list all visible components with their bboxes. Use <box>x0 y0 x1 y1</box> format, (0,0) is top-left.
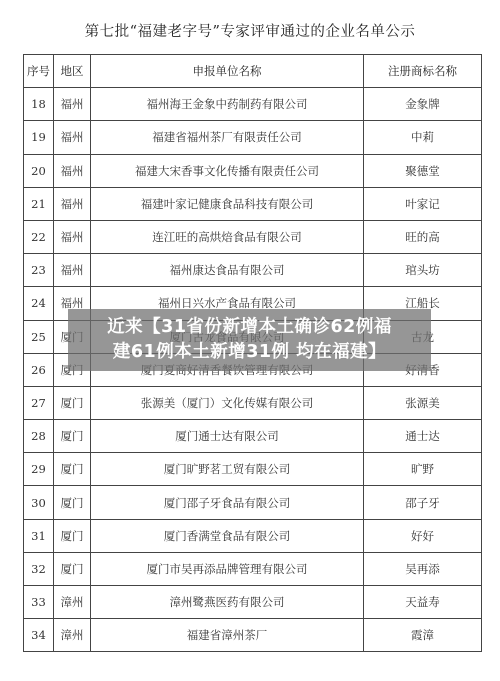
table-row: 29厦门厦门旷野茗工贸有限公司旷野 <box>24 453 482 486</box>
header-brand: 注册商标名称 <box>364 55 482 88</box>
row-brand: 吴再添 <box>364 552 482 585</box>
row-no: 21 <box>24 187 54 220</box>
header-no: 序号 <box>24 55 54 88</box>
row-company: 连江旺的高烘焙食品有限公司 <box>91 220 364 253</box>
row-company: 厦门旷野茗工贸有限公司 <box>91 453 364 486</box>
row-brand: 琯头坊 <box>364 254 482 287</box>
document-title: 第七批“福建老字号”专家评审通过的企业名单公示 <box>0 20 500 41</box>
row-brand: 聚德堂 <box>364 154 482 187</box>
row-company: 厦门邵子牙食品有限公司 <box>91 486 364 519</box>
table-row: 30厦门厦门邵子牙食品有限公司邵子牙 <box>24 486 482 519</box>
row-brand: 邵子牙 <box>364 486 482 519</box>
row-company: 福州海王金象中药制药有限公司 <box>91 88 364 121</box>
table-row: 34漳州福建省漳州茶厂霞漳 <box>24 619 482 652</box>
row-company: 福建大宋香事文化传播有限责任公司 <box>91 154 364 187</box>
table-row: 20福州福建大宋香事文化传播有限责任公司聚德堂 <box>24 154 482 187</box>
table-row: 22福州连江旺的高烘焙食品有限公司旺的高 <box>24 220 482 253</box>
row-brand: 通士达 <box>364 420 482 453</box>
row-region: 厦门 <box>54 453 91 486</box>
row-no: 23 <box>24 254 54 287</box>
table-row: 18福州福州海王金象中药制药有限公司金象牌 <box>24 88 482 121</box>
row-region: 福州 <box>54 187 91 220</box>
header-region: 地区 <box>54 55 91 88</box>
table-row: 23福州福州康达食品有限公司琯头坊 <box>24 254 482 287</box>
row-brand: 好好 <box>364 519 482 552</box>
row-brand: 叶家记 <box>364 187 482 220</box>
row-company: 厦门通士达有限公司 <box>91 420 364 453</box>
row-no: 29 <box>24 453 54 486</box>
row-region: 厦门 <box>54 519 91 552</box>
row-company: 厦门市吴再添品牌管理有限公司 <box>91 552 364 585</box>
row-no: 19 <box>24 121 54 154</box>
row-no: 34 <box>24 619 54 652</box>
row-no: 25 <box>24 320 54 353</box>
row-no: 33 <box>24 586 54 619</box>
table-row: 27厦门张源美（厦门）文化传媒有限公司张源美 <box>24 386 482 419</box>
row-no: 22 <box>24 220 54 253</box>
row-region: 福州 <box>54 154 91 187</box>
table-header-row: 序号 地区 申报单位名称 注册商标名称 <box>24 55 482 88</box>
row-region: 福州 <box>54 88 91 121</box>
table-row: 21福州福建叶家记健康食品科技有限公司叶家记 <box>24 187 482 220</box>
row-brand: 天益寿 <box>364 586 482 619</box>
row-company: 福建省漳州茶厂 <box>91 619 364 652</box>
overlay-line-1: 近来【31省份新增本土确诊62例福 <box>76 315 423 340</box>
row-region: 厦门 <box>54 552 91 585</box>
row-company: 福州康达食品有限公司 <box>91 254 364 287</box>
row-brand: 中莉 <box>364 121 482 154</box>
row-brand: 金象牌 <box>364 88 482 121</box>
row-region: 厦门 <box>54 386 91 419</box>
row-no: 26 <box>24 353 54 386</box>
row-no: 18 <box>24 88 54 121</box>
row-no: 27 <box>24 386 54 419</box>
row-region: 厦门 <box>54 420 91 453</box>
row-company: 福建叶家记健康食品科技有限公司 <box>91 187 364 220</box>
table-row: 31厦门厦门香满堂食品有限公司好好 <box>24 519 482 552</box>
row-region: 厦门 <box>54 486 91 519</box>
row-no: 32 <box>24 552 54 585</box>
row-company: 福建省福州茶厂有限责任公司 <box>91 121 364 154</box>
table-row: 33漳州漳州鹭燕医药有限公司天益寿 <box>24 586 482 619</box>
row-brand: 霞漳 <box>364 619 482 652</box>
row-region: 漳州 <box>54 586 91 619</box>
row-region: 福州 <box>54 121 91 154</box>
header-company: 申报单位名称 <box>91 55 364 88</box>
row-region: 福州 <box>54 220 91 253</box>
row-company: 厦门香满堂食品有限公司 <box>91 519 364 552</box>
row-no: 31 <box>24 519 54 552</box>
headline-overlay-banner: 近来【31省份新增本土确诊62例福 建61例本土新增31例 均在福建】 <box>68 309 431 371</box>
table-row: 28厦门厦门通士达有限公司通士达 <box>24 420 482 453</box>
row-no: 30 <box>24 486 54 519</box>
row-brand: 旺的高 <box>364 220 482 253</box>
table-row: 19福州福建省福州茶厂有限责任公司中莉 <box>24 121 482 154</box>
row-region: 漳州 <box>54 619 91 652</box>
row-no: 24 <box>24 287 54 320</box>
row-company: 张源美（厦门）文化传媒有限公司 <box>91 386 364 419</box>
row-no: 28 <box>24 420 54 453</box>
row-region: 福州 <box>54 254 91 287</box>
overlay-line-2: 建61例本土新增31例 均在福建】 <box>76 340 423 365</box>
row-brand: 旷野 <box>364 453 482 486</box>
row-brand: 张源美 <box>364 386 482 419</box>
row-company: 漳州鹭燕医药有限公司 <box>91 586 364 619</box>
row-no: 20 <box>24 154 54 187</box>
table-row: 32厦门厦门市吴再添品牌管理有限公司吴再添 <box>24 552 482 585</box>
